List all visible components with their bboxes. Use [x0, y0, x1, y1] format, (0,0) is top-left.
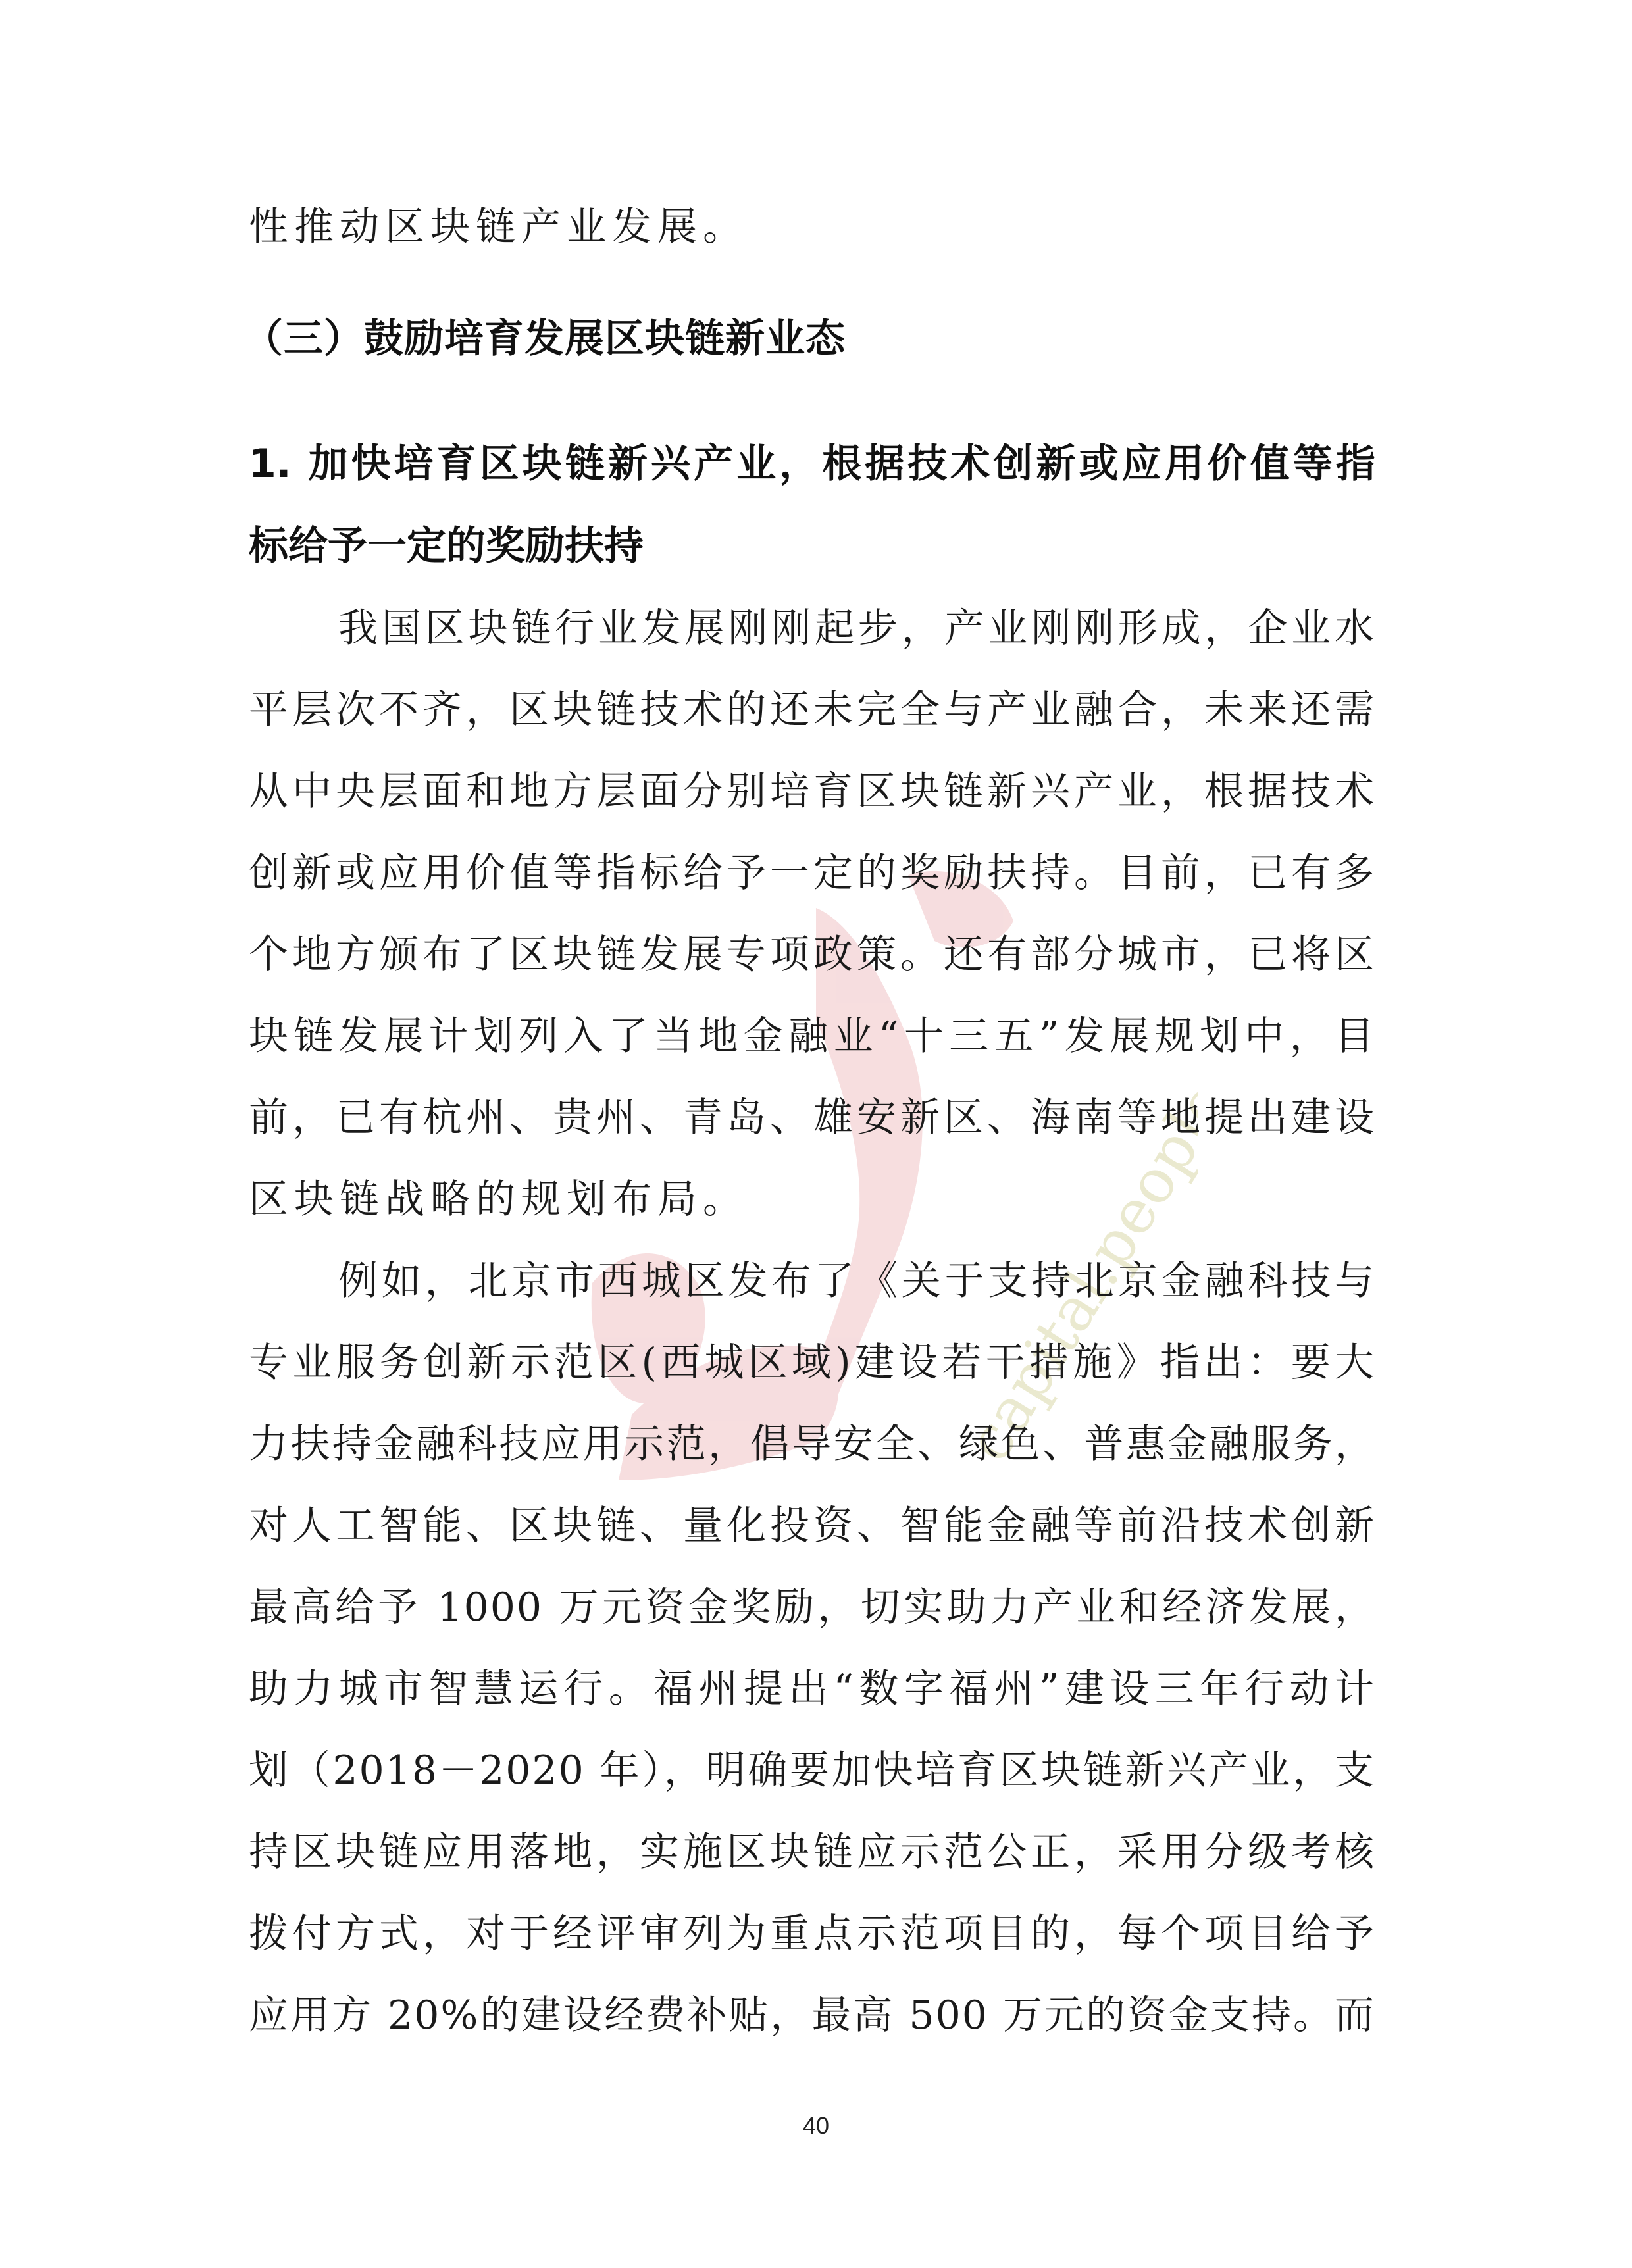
paragraph-line: 从中央层面和地方层面分别培育区块链新兴产业，根据技术 [249, 762, 1375, 821]
paragraph-line: 创新或应用价值等指标给予一定的奖励扶持。目前，已有多 [249, 844, 1375, 903]
paragraph-line: 性推动区块链产业发展。 [249, 197, 1375, 257]
paragraph-line: 力扶持金融科技应用示范，倡导安全、绿色、普惠金融服务， [249, 1415, 1375, 1474]
page-number: 40 [0, 2112, 1632, 2140]
paragraph-line: 最高给予 1000 万元资金奖励，切实助力产业和经济发展， [249, 1578, 1375, 1637]
paragraph-line: 我国区块链行业发展刚刚起步，产业刚刚形成，企业水 [249, 599, 1375, 658]
paragraph-line: 区块链战略的规划布局。 [249, 1170, 1375, 1229]
paragraph-line: 划（2018－2020 年），明确要加快培育区块链新兴产业，支 [249, 1741, 1375, 1800]
paragraph-line: 专业服务创新示范区(西城区域)建设若干措施》指出：要大 [249, 1333, 1375, 1392]
paragraph-line: 前，已有杭州、贵州、青岛、雄安新区、海南等地提出建设 [249, 1088, 1375, 1147]
document-page: capital.people.cn 性推动区块链产业发展。 （三）鼓励培育发展区… [0, 0, 1632, 2268]
paragraph-line: 例如，北京市西城区发布了《关于支持北京金融科技与 [249, 1251, 1375, 1311]
paragraph-line: 持区块链应用落地，实施区块链应示范公正，采用分级考核 [249, 1823, 1375, 1882]
paragraph-line: 平层次不齐，区块链技术的还未完全与产业融合，未来还需 [249, 680, 1375, 740]
subsection-heading-cont: 标给予一定的奖励扶持 [249, 517, 644, 576]
paragraph-line: 拨付方式，对于经评审列为重点示范项目的，每个项目给予 [249, 1904, 1375, 1963]
subsection-heading: 1. 加快培育区块链新兴产业，根据技术创新或应用价值等指 [249, 434, 1375, 493]
paragraph-line: 助力城市智慧运行。福州提出“数字福州”建设三年行动计 [249, 1659, 1375, 1719]
paragraph-line: 个地方颁布了区块链发展专项政策。还有部分城市，已将区 [249, 925, 1375, 984]
paragraph-line: 对人工智能、区块链、量化投资、智能金融等前沿技术创新 [249, 1496, 1375, 1555]
paragraph-line: 块链发展计划列入了当地金融业“十三五”发展规划中，目 [249, 1007, 1375, 1066]
section-heading: （三）鼓励培育发展区块链新业态 [243, 309, 846, 368]
paragraph-line: 应用方 20%的建设经费补贴，最高 500 万元的资金支持。而 [249, 1986, 1375, 2045]
